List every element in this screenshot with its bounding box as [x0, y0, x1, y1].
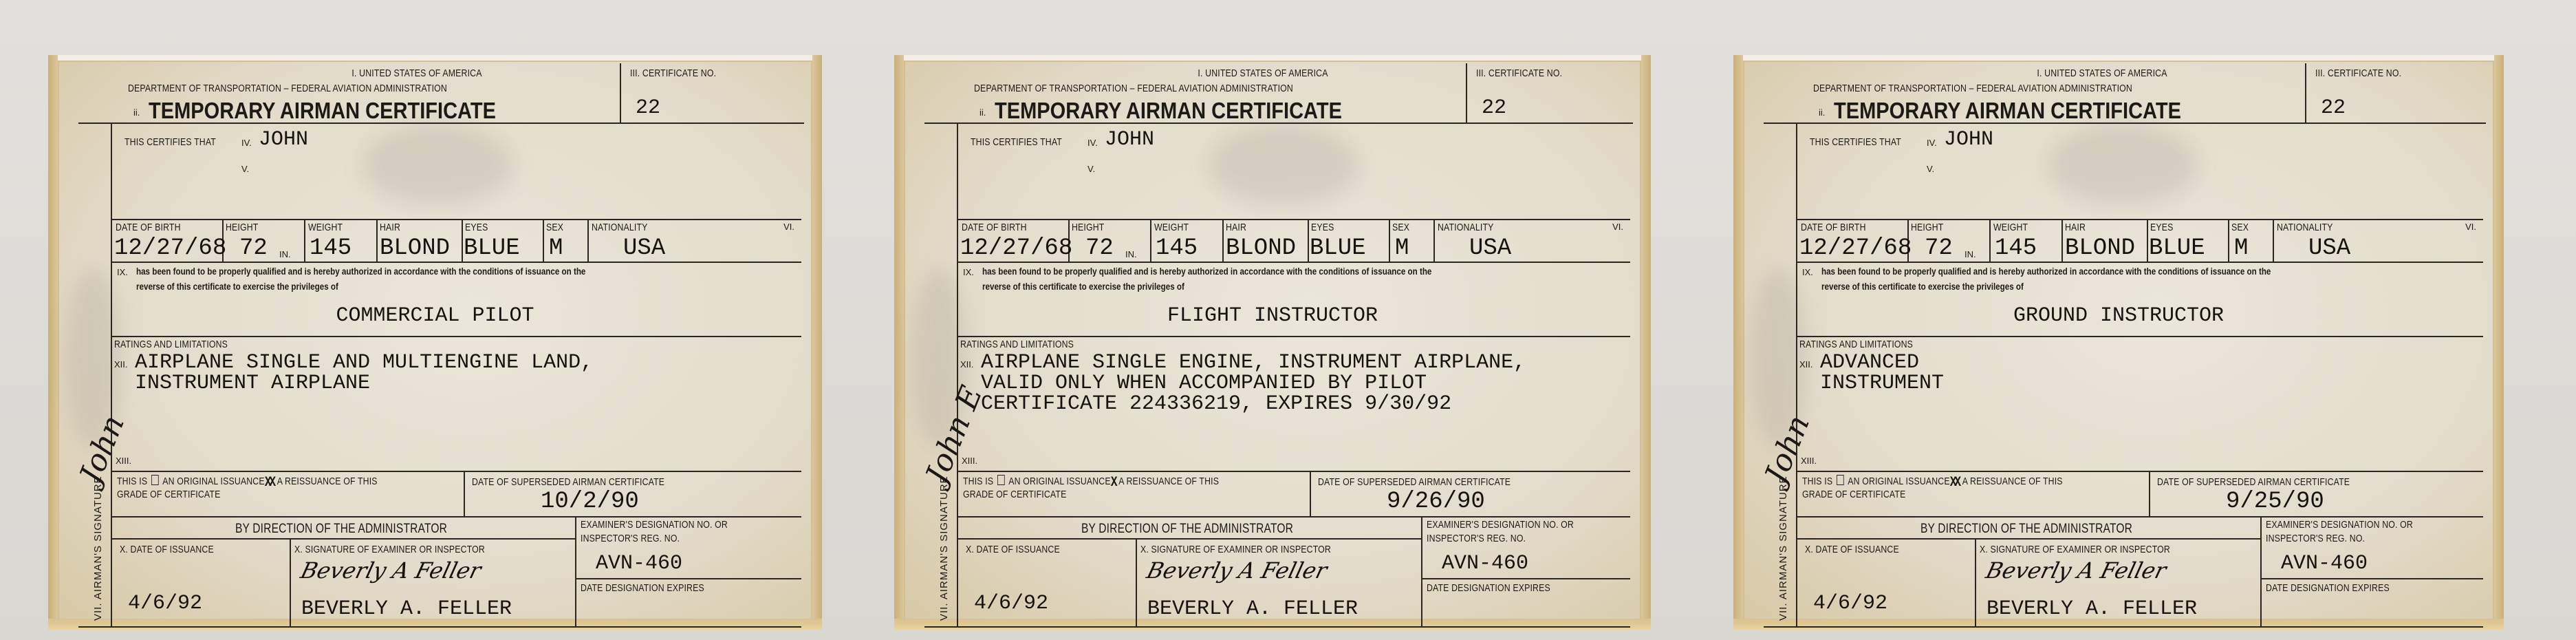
- original-issuance-checkbox: [997, 475, 1005, 485]
- dob-value: 12/27/68: [1799, 235, 1912, 262]
- certifies-label: THIS CERTIFIES THAT: [125, 136, 216, 148]
- mat-bevel: [48, 55, 58, 630]
- certificate-1: I. UNITED STATES OF AMERICA DEPARTMENT O…: [48, 55, 822, 630]
- cert-no-value: 22: [2321, 96, 2346, 120]
- mat-bevel: [48, 55, 822, 61]
- eyes-label: EYES: [465, 222, 488, 233]
- examiner-signature: Beverly A Feller: [1983, 557, 2169, 584]
- weight-label: WEIGHT: [308, 222, 343, 233]
- original-issuance-checkbox: [151, 475, 159, 485]
- ratings-line-2: VALID ONLY WHEN ACCOMPANIED BY PILOT: [981, 372, 1427, 395]
- height-label: HEIGHT: [226, 222, 258, 233]
- hair-value: BLOND: [2065, 235, 2135, 262]
- xiii-marker: XIII.: [1801, 456, 1817, 466]
- temporary-airman-certificate: I. UNITED STATES OF AMERICA DEPARTMENT O…: [59, 62, 811, 619]
- ratings-label: RATINGS AND LIMITATIONS: [114, 339, 228, 350]
- height-label: HEIGHT: [1072, 222, 1104, 233]
- height-unit: IN.: [1965, 249, 1976, 259]
- airman-signature-label: VII. AIRMAN'S SIGNATURE: [1777, 476, 1789, 621]
- height-value: 72: [1925, 235, 1953, 262]
- header-country: I. UNITED STATES OF AMERICA: [270, 67, 563, 79]
- mat-bevel: [1733, 55, 2504, 61]
- cert-no-value: 22: [636, 96, 660, 120]
- xii-marker: XII.: [960, 359, 974, 370]
- examiner-designation-label-1: EXAMINER'S DESIGNATION NO. OR: [581, 519, 728, 531]
- eyes-value: BLUE: [464, 235, 520, 262]
- ratings-line-1: AIRPLANE SINGLE ENGINE, INSTRUMENT AIRPL…: [981, 351, 1526, 374]
- ratings-line-1: ADVANCED: [1820, 351, 1919, 374]
- airman-name: JOHN: [259, 128, 308, 151]
- ratings-line-1: AIRPLANE SINGLE AND MULTIENGINE LAND,: [135, 351, 593, 374]
- authorization-text-2: reverse of this certificate to exercise …: [982, 281, 1184, 292]
- height-value: 72: [1085, 235, 1114, 262]
- sex-value: M: [2234, 235, 2248, 262]
- issuance-grade-label: GRADE OF CERTIFICATE: [963, 489, 1066, 500]
- superseded-label: DATE OF SUPERSEDED AIRMAN CERTIFICATE: [1318, 476, 1511, 488]
- height-unit: IN.: [279, 249, 291, 259]
- examiner-signature: Beverly A Feller: [1144, 557, 1330, 584]
- hair-label: HAIR: [380, 222, 400, 233]
- examiner-designation-label-2: INSPECTOR'S REG. NO.: [1427, 533, 1526, 544]
- ratings-line-3: CERTIFICATE 224336219, EXPIRES 9/30/92: [981, 392, 1451, 416]
- address-marker: V.: [1927, 164, 1934, 174]
- date-of-issuance: 4/6/92: [128, 592, 202, 615]
- xiii-marker: XIII.: [962, 456, 977, 466]
- examiner-name: BEVERLY A. FELLER: [1987, 597, 2197, 621]
- eyes-value: BLUE: [2149, 235, 2205, 262]
- issuance-grade-label: GRADE OF CERTIFICATE: [117, 489, 220, 500]
- examiner-signature-label: X. SIGNATURE OF EXAMINER OR INSPECTOR: [294, 544, 485, 555]
- nationality-label: NATIONALITY: [592, 222, 648, 233]
- certificate-title: TEMPORARY AIRMAN CERTIFICATE: [995, 98, 1342, 124]
- mat-bevel: [1733, 55, 1743, 630]
- superseded-date: 9/26/90: [1387, 489, 1485, 515]
- date-of-issuance: 4/6/92: [1813, 592, 1887, 615]
- weight-value: 145: [1156, 235, 1198, 262]
- ix-marker: IX.: [1802, 267, 1813, 277]
- privilege-grade: GROUND INSTRUCTOR: [1744, 304, 2493, 328]
- superseded-label: DATE OF SUPERSEDED AIRMAN CERTIFICATE: [2157, 476, 2350, 488]
- dob-value: 12/27/68: [960, 235, 1072, 262]
- hair-value: BLOND: [380, 235, 450, 262]
- examiner-designation-label-1: EXAMINER'S DESIGNATION NO. OR: [2266, 519, 2413, 531]
- examiner-signature-label: X. SIGNATURE OF EXAMINER OR INSPECTOR: [1980, 544, 2170, 555]
- ix-marker: IX.: [117, 267, 128, 277]
- name-marker: IV.: [1087, 138, 1098, 148]
- dob-value: 12/27/68: [114, 235, 226, 262]
- xii-marker: XII.: [1799, 359, 1813, 370]
- xiii-marker: XIII.: [116, 456, 131, 466]
- nationality-value: USA: [623, 235, 665, 262]
- examiner-signature-label: X. SIGNATURE OF EXAMINER OR INSPECTOR: [1140, 544, 1331, 555]
- height-label: HEIGHT: [1911, 222, 1943, 233]
- vi-marker: VI.: [783, 222, 794, 232]
- by-direction-label: BY DIRECTION OF THE ADMINISTRATOR: [1840, 522, 2212, 537]
- weight-value: 145: [310, 235, 351, 262]
- mat-bevel: [894, 55, 1651, 61]
- authorization-text-1: has been found to be properly qualified …: [982, 266, 1431, 277]
- reissuance-checkmark: XX: [1950, 475, 1959, 491]
- nationality-value: USA: [1469, 235, 1511, 262]
- certificate-paper: I. UNITED STATES OF AMERICA DEPARTMENT O…: [905, 62, 1640, 619]
- dob-label: DATE OF BIRTH: [962, 222, 1027, 233]
- airman-name: JOHN: [1944, 128, 1993, 151]
- name-marker: IV.: [241, 138, 252, 148]
- eyes-label: EYES: [1311, 222, 1334, 233]
- certificate-3: I. UNITED STATES OF AMERICA DEPARTMENT O…: [1733, 55, 2504, 630]
- airman-name: JOHN: [1105, 128, 1154, 151]
- mat-bevel: [2494, 55, 2504, 630]
- examiner-designation: AVN-460: [596, 552, 682, 575]
- designation-expires-label: DATE DESIGNATION EXPIRES: [581, 582, 704, 594]
- date-issuance-label: X. DATE OF ISSUANCE: [1805, 544, 1899, 555]
- weight-label: WEIGHT: [1154, 222, 1189, 233]
- privilege-grade: COMMERCIAL PILOT: [59, 304, 811, 328]
- header-country: I. UNITED STATES OF AMERICA: [1116, 67, 1409, 79]
- certificate-2: I. UNITED STATES OF AMERICA DEPARTMENT O…: [894, 55, 1651, 630]
- date-of-issuance: 4/6/92: [974, 592, 1048, 615]
- header-department: DEPARTMENT OF TRANSPORTATION – FEDERAL A…: [128, 83, 447, 94]
- header-country: I. UNITED STATES OF AMERICA: [1956, 67, 2249, 79]
- eyes-label: EYES: [2150, 222, 2173, 233]
- certifies-label: THIS CERTIFIES THAT: [1810, 136, 1901, 148]
- mat-bevel: [894, 55, 904, 630]
- address-marker: V.: [241, 164, 249, 174]
- examiner-designation-label-2: INSPECTOR'S REG. NO.: [2266, 533, 2365, 544]
- examiner-designation: AVN-460: [2281, 552, 2368, 575]
- reissuance-checkmark: X: [1111, 475, 1116, 491]
- issuance-grade-label: GRADE OF CERTIFICATE: [1802, 489, 1905, 500]
- weight-value: 145: [1995, 235, 2037, 262]
- original-issuance-checkbox: [1837, 475, 1844, 485]
- ratings-label: RATINGS AND LIMITATIONS: [960, 339, 1074, 350]
- reissuance-checkmark: XX: [265, 475, 274, 491]
- authorization-text-2: reverse of this certificate to exercise …: [136, 281, 338, 292]
- ratings-label: RATINGS AND LIMITATIONS: [1799, 339, 1913, 350]
- dob-label: DATE OF BIRTH: [116, 222, 181, 233]
- airman-signature-label: VII. AIRMAN'S SIGNATURE: [92, 476, 104, 621]
- eyes-value: BLUE: [1310, 235, 1366, 262]
- examiner-name: BEVERLY A. FELLER: [301, 597, 512, 621]
- temporary-airman-certificate: I. UNITED STATES OF AMERICA DEPARTMENT O…: [905, 62, 1640, 619]
- mat-bevel: [1641, 55, 1651, 630]
- name-marker: IV.: [1927, 138, 1937, 148]
- address-marker: V.: [1087, 164, 1095, 174]
- examiner-name: BEVERLY A. FELLER: [1147, 597, 1358, 621]
- header-department: DEPARTMENT OF TRANSPORTATION – FEDERAL A…: [974, 83, 1293, 94]
- examiner-designation-label-2: INSPECTOR'S REG. NO.: [581, 533, 680, 544]
- privilege-grade: FLIGHT INSTRUCTOR: [905, 304, 1640, 328]
- cert-no-label: III. CERTIFICATE NO.: [630, 67, 716, 79]
- authorization-text-1: has been found to be properly qualified …: [136, 266, 585, 277]
- vi-marker: VI.: [1612, 222, 1623, 232]
- title-marker: ii.: [1819, 107, 1825, 118]
- ix-marker: IX.: [963, 267, 974, 277]
- superseded-date: 9/25/90: [2226, 489, 2324, 515]
- weight-label: WEIGHT: [1993, 222, 2028, 233]
- examiner-designation-label-1: EXAMINER'S DESIGNATION NO. OR: [1427, 519, 1574, 531]
- certificate-title: TEMPORARY AIRMAN CERTIFICATE: [1834, 98, 2181, 124]
- sex-label: SEX: [2231, 222, 2249, 233]
- title-marker: ii.: [133, 107, 140, 118]
- header-department: DEPARTMENT OF TRANSPORTATION – FEDERAL A…: [1813, 83, 2132, 94]
- cert-no-label: III. CERTIFICATE NO.: [2315, 67, 2401, 79]
- authorization-text-2: reverse of this certificate to exercise …: [1821, 281, 2024, 292]
- vi-marker: VI.: [2465, 222, 2476, 232]
- superseded-date: 10/2/90: [541, 489, 639, 515]
- dob-label: DATE OF BIRTH: [1801, 222, 1866, 233]
- height-value: 72: [239, 235, 268, 262]
- mat-bevel: [812, 55, 822, 630]
- nationality-label: NATIONALITY: [1438, 222, 1494, 233]
- hair-value: BLOND: [1226, 235, 1296, 262]
- designation-expires-label: DATE DESIGNATION EXPIRES: [1427, 582, 1550, 594]
- certifies-label: THIS CERTIFIES THAT: [971, 136, 1062, 148]
- xii-marker: XII.: [114, 359, 128, 370]
- examiner-signature: Beverly A Feller: [298, 557, 484, 584]
- hair-label: HAIR: [2065, 222, 2086, 233]
- authorization-text-1: has been found to be properly qualified …: [1821, 266, 2271, 277]
- by-direction-label: BY DIRECTION OF THE ADMINISTRATOR: [155, 522, 527, 537]
- certificate-paper: I. UNITED STATES OF AMERICA DEPARTMENT O…: [59, 62, 811, 619]
- sex-label: SEX: [546, 222, 563, 233]
- by-direction-label: BY DIRECTION OF THE ADMINISTRATOR: [1001, 522, 1373, 537]
- height-unit: IN.: [1125, 249, 1137, 259]
- temporary-airman-certificate: I. UNITED STATES OF AMERICA DEPARTMENT O…: [1744, 62, 2493, 619]
- airman-signature-label: VII. AIRMAN'S SIGNATURE: [938, 476, 950, 621]
- ratings-line-2: INSTRUMENT AIRPLANE: [135, 372, 370, 395]
- certificate-title: TEMPORARY AIRMAN CERTIFICATE: [149, 98, 496, 124]
- certificate-paper: I. UNITED STATES OF AMERICA DEPARTMENT O…: [1744, 62, 2493, 619]
- date-issuance-label: X. DATE OF ISSUANCE: [120, 544, 214, 555]
- examiner-designation: AVN-460: [1442, 552, 1528, 575]
- title-marker: ii.: [979, 107, 986, 118]
- cert-no-label: III. CERTIFICATE NO.: [1476, 67, 1562, 79]
- superseded-label: DATE OF SUPERSEDED AIRMAN CERTIFICATE: [472, 476, 664, 488]
- sex-value: M: [549, 235, 563, 262]
- cert-no-value: 22: [1482, 96, 1506, 120]
- nationality-value: USA: [2308, 235, 2350, 262]
- ratings-line-2: INSTRUMENT: [1820, 372, 1944, 395]
- nationality-label: NATIONALITY: [2277, 222, 2333, 233]
- date-issuance-label: X. DATE OF ISSUANCE: [966, 544, 1060, 555]
- sex-label: SEX: [1392, 222, 1409, 233]
- hair-label: HAIR: [1226, 222, 1246, 233]
- designation-expires-label: DATE DESIGNATION EXPIRES: [2266, 582, 2390, 594]
- sex-value: M: [1395, 235, 1409, 262]
